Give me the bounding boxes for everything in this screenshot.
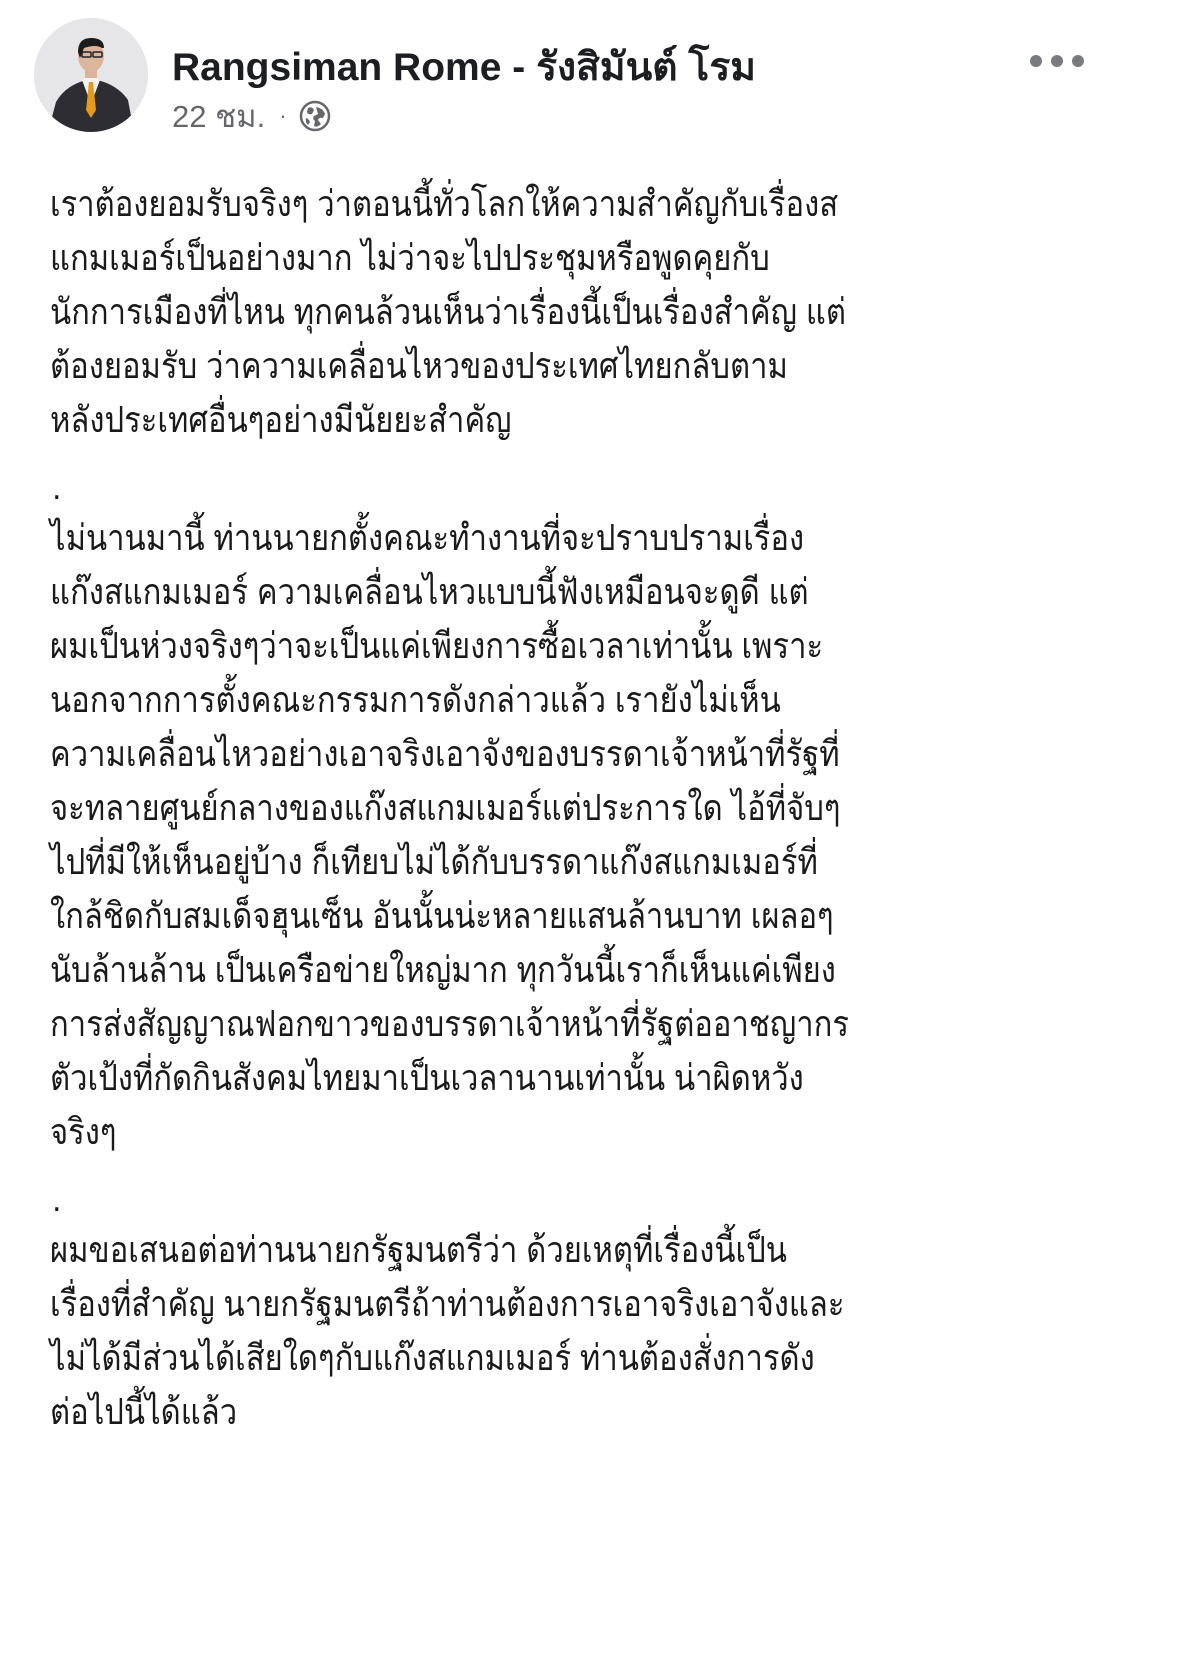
text-line: นับล้านล้าน เป็นเครือข่ายใหญ่มาก ทุกวันน… — [50, 944, 1013, 998]
paragraph-separator: . — [50, 1180, 1170, 1224]
text-line: ผมขอเสนอต่อท่านนายกรัฐมนตรีว่า ด้วยเหตุท… — [50, 1224, 1013, 1278]
more-horizontal-icon — [1030, 55, 1042, 67]
more-options-button[interactable] — [1030, 48, 1084, 74]
avatar-photo-icon — [34, 18, 148, 132]
text-line: ต่อไปนี้ได้แล้ว — [50, 1386, 1013, 1440]
more-horizontal-icon-dot — [1051, 55, 1063, 67]
text-line: การส่งสัญญาณฟอกขาวของบรรดาเจ้าหน้าที่รัฐ… — [50, 998, 1013, 1052]
text-line: แก๊งสแกมเมอร์ ความเคลื่อนไหวแบบนี้ฟังเหม… — [50, 566, 1013, 620]
paragraph-separator: . — [50, 468, 1170, 512]
paragraph-3: ผมขอเสนอต่อท่านนายกรัฐมนตรีว่า ด้วยเหตุท… — [50, 1224, 1170, 1440]
paragraph-2: ไม่นานมานี้ ท่านนายกตั้งคณะทำงานที่จะปรา… — [50, 512, 1170, 1160]
more-horizontal-icon-dot — [1072, 55, 1084, 67]
post-meta: 22 ชม. · — [172, 96, 331, 136]
author-name[interactable]: Rangsiman Rome - รังสิมันต์ โรม — [172, 36, 756, 98]
text-line: ไม่นานมานี้ ท่านนายกตั้งคณะทำงานที่จะปรา… — [50, 512, 1013, 566]
text-line: เราต้องยอมรับจริงๆ ว่าตอนนี้ทั่วโลกให้คว… — [50, 178, 1013, 232]
post-header: Rangsiman Rome - รังสิมันต์ โรม 22 ชม. · — [0, 0, 1200, 150]
text-line: ใกล้ชิดกับสมเด็จฮุนเซ็น อันนั้นน่ะหลายแส… — [50, 890, 1013, 944]
text-line: ผมเป็นห่วงจริงๆว่าจะเป็นแค่เพียงการซื้อเ… — [50, 620, 1013, 674]
post-body: เราต้องยอมรับจริงๆ ว่าตอนนี้ทั่วโลกให้คว… — [50, 178, 1170, 1440]
text-line: ตัวเป้งที่กัดกินสังคมไทยมาเป็นเวลานานเท่… — [50, 1052, 1013, 1106]
text-line: นักการเมืองที่ไหน ทุกคนล้วนเห็นว่าเรื่อง… — [50, 286, 1013, 340]
text-line: ความเคลื่อนไหวอย่างเอาจริงเอาจังของบรรดา… — [50, 728, 1013, 782]
paragraph-1: เราต้องยอมรับจริงๆ ว่าตอนนี้ทั่วโลกให้คว… — [50, 178, 1170, 448]
text-line: ไปที่มีให้เห็นอยู่บ้าง ก็เทียบไม่ได้กับบ… — [50, 836, 1013, 890]
text-line: ไม่ได้มีส่วนได้เสียใดๆกับแก๊งสแกมเมอร์ ท… — [50, 1332, 1013, 1386]
author-avatar[interactable] — [34, 18, 148, 132]
text-line: จริงๆ — [50, 1106, 1013, 1160]
text-line: แกมเมอร์เป็นอย่างมาก ไม่ว่าจะไปประชุมหรื… — [50, 232, 1013, 286]
text-line: ต้องยอมรับ ว่าความเคลื่อนไหวของประเทศไทย… — [50, 340, 1013, 394]
text-line: นอกจากการตั้งคณะกรรมการดังกล่าวแล้ว เราย… — [50, 674, 1013, 728]
text-line: เรื่องที่สำคัญ นายกรัฐมนตรีถ้าท่านต้องกา… — [50, 1278, 1013, 1332]
text-line: จะทลายศูนย์กลางของแก๊งสแกมเมอร์แต่ประการ… — [50, 782, 1013, 836]
post-timestamp[interactable]: 22 ชม. — [172, 91, 265, 141]
meta-separator: · — [279, 103, 286, 129]
text-line: หลังประเทศอื่นๆอย่างมีนัยยะสำคัญ — [50, 394, 1013, 448]
globe-icon[interactable] — [299, 100, 331, 132]
